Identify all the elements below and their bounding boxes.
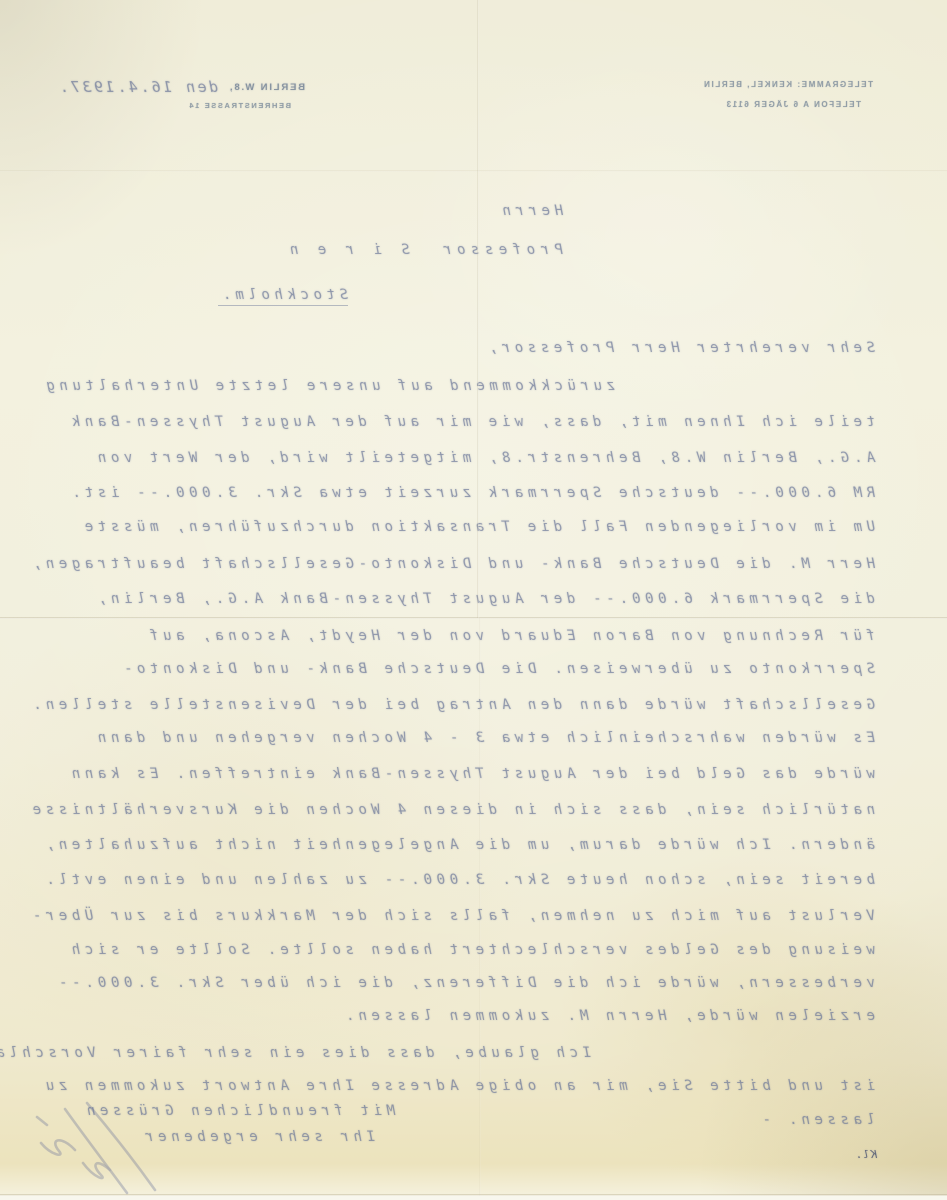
typist-initials: Kl. xyxy=(854,1148,877,1161)
body-line: für Rechnung von Baron Eduard von der He… xyxy=(145,628,875,644)
closing-continuation: lassen. - xyxy=(758,1112,875,1128)
recipient-city: Stockholm. xyxy=(218,287,348,306)
body-line: Herr M. die Deutsche Bank- und Diskonto-… xyxy=(28,556,875,572)
letterhead-city: BERLIN W.8, xyxy=(228,82,305,93)
body-line: natürlich sein, dass sich in diesen 4 Wo… xyxy=(28,802,875,818)
body-line: ändern. Ich würde darum, um die Angelege… xyxy=(41,837,875,853)
fold-crease-vertical xyxy=(477,0,479,618)
body-line: Gesellschaft würde dann den Antrag bei d… xyxy=(28,697,875,713)
fold-crease-horizontal-middle xyxy=(0,617,947,619)
body-line: erzielen würde, Herrn M. zukommen lassen… xyxy=(341,1008,875,1024)
body-line: die Sperrmark 6.000.-- der August Thysse… xyxy=(93,591,875,607)
recipient-herrn: Herrn xyxy=(498,203,563,219)
fold-crease-vertical-lower xyxy=(479,618,481,1200)
typed-date: den 16.4.1937. xyxy=(57,78,228,96)
body-line: Es würden wahrscheinlich etwa 3 - 4 Woch… xyxy=(93,730,875,746)
letterhead-telegram-line: TELEGRAMME: KENKEL, BERLIN xyxy=(703,80,874,89)
salutation: Sehr verehrter Herr Professor, xyxy=(484,340,875,356)
handwritten-signature xyxy=(25,1095,165,1200)
body-line: Verlust auf mich zu nehmen, falls sich d… xyxy=(28,908,875,924)
body-line: weisung des Geldes verschlechtert haben … xyxy=(67,942,875,958)
scan-background-strip xyxy=(0,1196,947,1200)
body-line: Ich glaube, dass dies ein sehr fairer Vo… xyxy=(0,1045,591,1061)
body-line: teile ich Ihnen mit, dass, wie mir auf d… xyxy=(67,414,875,430)
recipient-name: Professor S i r e n xyxy=(284,242,563,258)
body-line: ist und bitte Sie, mir an obige Adresse … xyxy=(41,1078,875,1094)
fold-crease-horizontal-top xyxy=(0,170,947,172)
body-line: Sperrkonto zu überweisen. Die Deutsche B… xyxy=(119,661,875,677)
date-line: BERLIN W.8,den 16.4.1937. xyxy=(57,78,305,96)
letterhead-street: BEHRENSTRASSE 14 xyxy=(188,101,291,110)
body-line: bereit sein, schon heute Skr. 3.000.-- z… xyxy=(41,872,875,888)
body-line: verbessern, würde ich die Differenz, die… xyxy=(54,975,875,991)
scanned-letter-page: TELEGRAMME: KENKEL, BERLIN TELEFON A 6 J… xyxy=(0,0,947,1200)
body-line: A.G., Berlin W.8, Behrenstr.8, mitgeteil… xyxy=(93,450,875,466)
closing-valediction: Ihr sehr ergebener xyxy=(140,1129,375,1145)
body-line: würde das Geld bei der August Thyssen-Ba… xyxy=(67,766,875,782)
body-line: zurückkommend auf unsere letzte Unterhal… xyxy=(42,378,615,394)
mirrored-letter-content: TELEGRAMME: KENKEL, BERLIN TELEFON A 6 J… xyxy=(0,0,947,1200)
body-line: RM 6.000.-- deutsche Sperrmark zurzeit e… xyxy=(67,485,875,501)
letterhead-telefon-line: TELEFON A 6 JÄGER 6113 xyxy=(725,100,861,109)
